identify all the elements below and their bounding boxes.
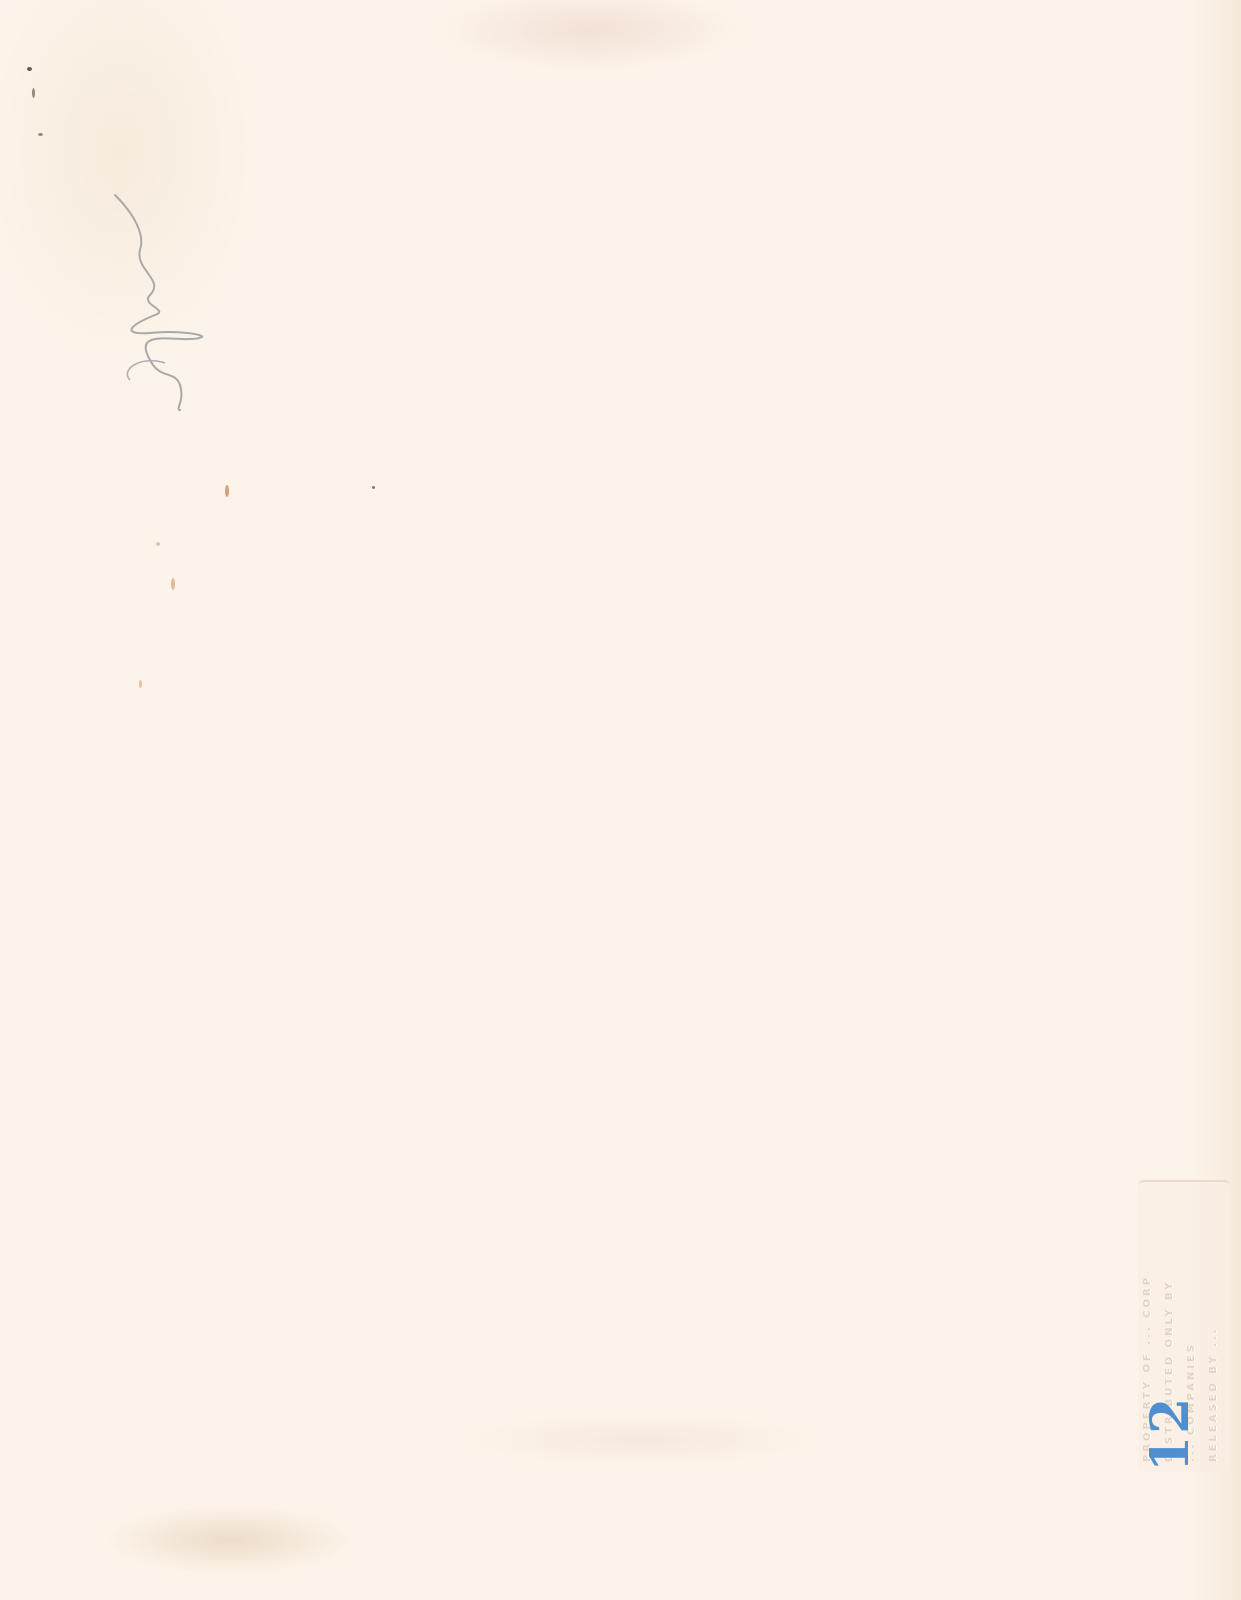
distribution-stamp: PROPERTY OF ... CORP DISTRIBUTED ONLY BY… xyxy=(1138,1180,1230,1472)
speck xyxy=(38,133,43,136)
foxing-spot xyxy=(156,542,160,546)
speck xyxy=(372,486,375,489)
foxing-spot xyxy=(225,485,229,497)
stamp-number: 12 xyxy=(1140,1396,1201,1472)
speck xyxy=(27,67,32,71)
pencil-signature xyxy=(110,185,240,415)
speck xyxy=(32,88,35,98)
stamp-line: RELEASED BY ... xyxy=(1208,1327,1219,1462)
foxing-spot xyxy=(171,578,175,590)
foxing-spot xyxy=(139,680,142,688)
